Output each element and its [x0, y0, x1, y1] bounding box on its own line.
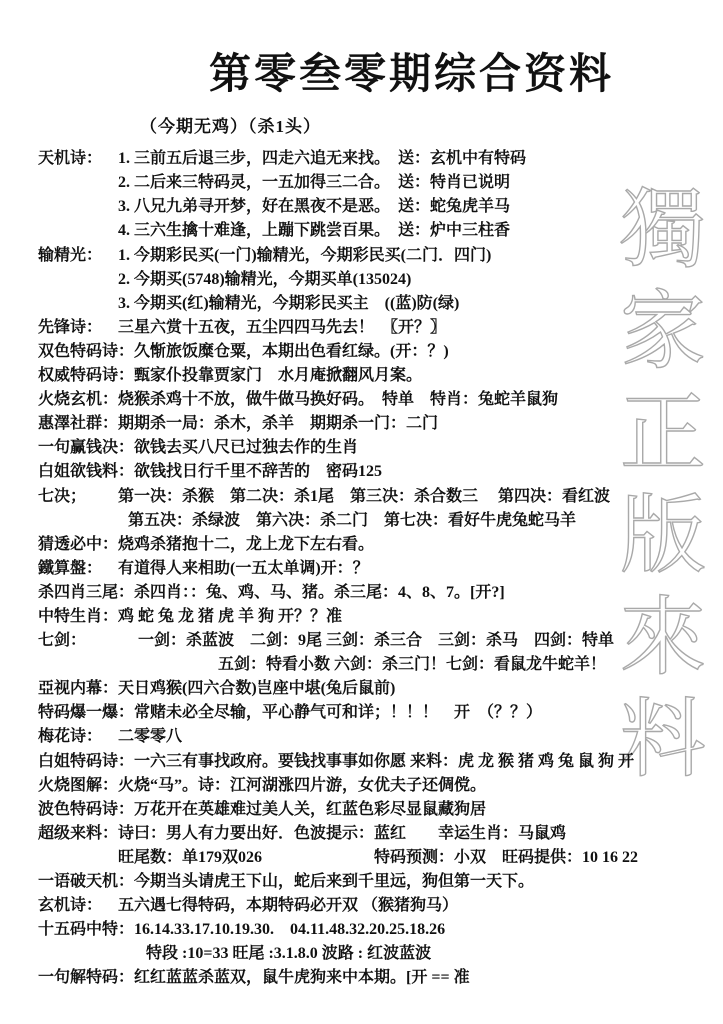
row-text: 三星六赏十五夜，五尘四四马先去！ 〖开？〗	[118, 316, 446, 340]
row-label: 权威特码诗：	[38, 364, 134, 388]
row-label: 玄机诗：	[38, 894, 118, 918]
row-text: 3. 八兄九弟寻开梦，好在黑夜不是恶。 送：蛇兔虎羊马	[118, 195, 510, 219]
row-label: 亞视内幕：	[38, 677, 118, 701]
row-text: 五六遇七得特码，本期特码必开双 （猴猪狗马）	[118, 894, 458, 918]
row-text: 1. 今期彩民买(一门)输精光，今期彩民买(二门．四门)	[118, 244, 491, 268]
row-line: 白姐欲钱料：欲钱找日行千里不辞苦的 密码125	[38, 460, 723, 484]
document-page: 獨家正版來料 第零叁零期综合资料 （今期无鸡）（杀1头） 天机诗：1. 三前五后…	[0, 0, 723, 1024]
row-line: 权威特码诗：甄家仆投靠贾家门 水月庵掀翻风月案。	[38, 364, 723, 388]
row-label: 白姐欲钱料：	[38, 460, 134, 484]
row-label: 白姐特码诗：	[38, 750, 134, 774]
row-text: 2. 今期买(5748)输精光，今期买单(135024)	[118, 268, 411, 292]
row-label: 先锋诗：	[38, 316, 118, 340]
row-text: 常赌未必全尽输，平心静气可和详；！！！ 开 （？？）	[134, 701, 542, 725]
row-line: 超级来料：诗曰：男人有力要出好．色波提示：蓝红 幸运生肖：马鼠鸡	[38, 822, 723, 846]
row-line: 梅花诗：二零零八	[38, 725, 723, 749]
row-text: 二零零八	[118, 725, 182, 749]
row-line: 第五决：杀绿波 第六决：杀二门 第七决：看好牛虎兔蛇马羊	[38, 509, 723, 533]
row-text: 欲钱去买八尺已过独去作的生肖	[134, 436, 358, 460]
row-line: 七决；第一决：杀猴 第二决：杀1尾 第三决：杀合数三 第四决：看红波	[38, 485, 723, 509]
row-label: 波色特码诗：	[38, 798, 134, 822]
row-line: 中特生肖：鸡 蛇 兔 龙 猪 虎 羊 狗 开？？准	[38, 605, 723, 629]
row-line: 猜透必中：烧鸡杀猪抱十二，龙上龙下左右看。	[38, 533, 723, 557]
row-text: 期期杀一局：杀木，杀羊 期期杀一门：二门	[118, 412, 438, 436]
row-text: 天日鸡猴(四六合数)岂座中堪(兔后鼠前)	[118, 677, 395, 701]
row-text: 红红蓝蓝杀蓝双，鼠牛虎狗来中本期。[开 == 准	[134, 966, 470, 990]
row-text: 火烧“马”。诗：江河湖涨四片游，女优夫子还倜傥。	[118, 774, 486, 798]
row-text: 万花开在英雄难过美人关，红蓝色彩尽显鼠藏狗居	[134, 798, 486, 822]
row-label: 火烧图解：	[38, 774, 118, 798]
row-line: 亞视内幕：天日鸡猴(四六合数)岂座中堪(兔后鼠前)	[38, 677, 723, 701]
row-label: 特码爆一爆：	[38, 701, 134, 725]
row-line: 白姐特码诗：一六三有事找政府。要钱找事事如你愿 来料：虎 龙 猴 猪 鸡 兔 鼠…	[38, 750, 723, 774]
row-line: 特段 :10=33 旺尾 :3.1.8.0 波路 : 红波蓝波	[38, 942, 723, 966]
content-rows: 天机诗：1. 三前五后退三步，四走六追无来找。 送：玄机中有特码2. 二后来三特…	[0, 147, 723, 990]
row-line: 十五码中特：16.14.33.17.10.19.30. 04.11.48.32.…	[38, 918, 723, 942]
row-line: 鐵算盤：有道得人来相助(一五太单调)开：？	[38, 557, 723, 581]
row-label: 十五码中特：	[38, 918, 134, 942]
row-text: 甄家仆投靠贾家门 水月庵掀翻风月案。	[134, 364, 422, 388]
row-line: 一句解特码：红红蓝蓝杀蓝双，鼠牛虎狗来中本期。[开 == 准	[38, 966, 723, 990]
row-text: 五剑：特看小数 六剑：杀三门！七剑：看鼠龙牛蛇羊！	[218, 653, 606, 677]
row-line: 七剑：一剑：杀蓝波 二剑：9尾 三剑：杀三合 三剑：杀马 四剑：特单	[38, 629, 723, 653]
row-text: 3. 今期买(红)输精光，今期彩民买主 ((蓝)防(绿)	[118, 292, 459, 316]
row-label: 一句解特码：	[38, 966, 134, 990]
row-text: 一六三有事找政府。要钱找事事如你愿 来料：虎 龙 猴 猪 鸡 兔 鼠 狗 开	[134, 750, 634, 774]
page-title: 第零叁零期综合资料	[100, 0, 723, 98]
row-label: 七决；	[38, 485, 118, 509]
row-label: 一句赢钱决：	[38, 436, 134, 460]
page-subtitle: （今期无鸡）（杀1头）	[140, 112, 723, 137]
row-label: 猜透必中：	[38, 533, 118, 557]
row-label: 输精光：	[38, 244, 118, 268]
row-text: 烧鸡杀猪抱十二，龙上龙下左右看。	[118, 533, 374, 557]
row-line: 4. 三六生擒十难逢，上蹦下跳尝百果。 送：炉中三柱香	[38, 219, 723, 243]
row-line: 2. 二后来三特码灵，一五加得三二合。 送：特肖已说明	[38, 171, 723, 195]
row-label: 火烧玄机：	[38, 388, 118, 412]
row-text: 旺尾数：单179双026 特码预测：小双 旺码提供：10 16 22	[118, 846, 638, 870]
row-label: 中特生肖：	[38, 605, 118, 629]
row-line: 火烧图解：火烧“马”。诗：江河湖涨四片游，女优夫子还倜傥。	[38, 774, 723, 798]
row-line: 五剑：特看小数 六剑：杀三门！七剑：看鼠龙牛蛇羊！	[38, 653, 723, 677]
row-label: 天机诗：	[38, 147, 118, 171]
row-label: 七剑：	[38, 629, 118, 653]
row-label: 杀四肖三尾：	[38, 581, 134, 605]
row-text: 16.14.33.17.10.19.30. 04.11.48.32.20.25.…	[134, 918, 445, 942]
row-text: 杀四肖：：兔、鸡、马、猪。杀三尾：4、8、7。[开?]	[134, 581, 505, 605]
row-line: 特码爆一爆：常赌未必全尽输，平心静气可和详；！！！ 开 （？？）	[38, 701, 723, 725]
row-label: 超级来料：	[38, 822, 118, 846]
row-line: 天机诗：1. 三前五后退三步，四走六追无来找。 送：玄机中有特码	[38, 147, 723, 171]
row-line: 双色特码诗：久惭旅饭糜仓粟，本期出色看红绿。(开：？)	[38, 340, 723, 364]
row-text: 欲钱找日行千里不辞苦的 密码125	[134, 460, 382, 484]
row-text: 2. 二后来三特码灵，一五加得三二合。 送：特肖已说明	[118, 171, 510, 195]
row-text: 烧猴杀鸡十不放，做牛做马换好码。 特单 特肖：兔蛇羊鼠狗	[118, 388, 558, 412]
row-text: 久惭旅饭糜仓粟，本期出色看红绿。(开：？)	[134, 340, 449, 364]
row-text: 4. 三六生擒十难逢，上蹦下跳尝百果。 送：炉中三柱香	[118, 219, 510, 243]
row-line: 一语破天机：今期当头请虎王下山，蛇后来到千里远，狗但第一天下。	[38, 870, 723, 894]
row-text: 有道得人来相助(一五太单调)开：？	[118, 557, 369, 581]
row-label: 双色特码诗：	[38, 340, 134, 364]
row-text: 特段 :10=33 旺尾 :3.1.8.0 波路 : 红波蓝波	[146, 942, 431, 966]
row-text: 第五决：杀绿波 第六决：杀二门 第七决：看好牛虎兔蛇马羊	[128, 509, 576, 533]
row-label: 鐵算盤：	[38, 557, 118, 581]
row-label: 惠澤社群：	[38, 412, 118, 436]
row-line: 火烧玄机：烧猴杀鸡十不放，做牛做马换好码。 特单 特肖：兔蛇羊鼠狗	[38, 388, 723, 412]
row-text: 1. 三前五后退三步，四走六追无来找。 送：玄机中有特码	[118, 147, 526, 171]
row-text: 第一决：杀猴 第二决：杀1尾 第三决：杀合数三 第四决：看红波	[118, 485, 610, 509]
row-label: 梅花诗：	[38, 725, 118, 749]
row-line: 3. 八兄九弟寻开梦，好在黑夜不是恶。 送：蛇兔虎羊马	[38, 195, 723, 219]
row-line: 输精光：1. 今期彩民买(一门)输精光，今期彩民买(二门．四门)	[38, 244, 723, 268]
row-line: 旺尾数：单179双026 特码预测：小双 旺码提供：10 16 22	[38, 846, 723, 870]
row-line: 3. 今期买(红)输精光，今期彩民买主 ((蓝)防(绿)	[38, 292, 723, 316]
row-text: 一剑：杀蓝波 二剑：9尾 三剑：杀三合 三剑：杀马 四剑：特单	[138, 629, 614, 653]
row-line: 杀四肖三尾：杀四肖：：兔、鸡、马、猪。杀三尾：4、8、7。[开?]	[38, 581, 723, 605]
row-text: 今期当头请虎王下山，蛇后来到千里远，狗但第一天下。	[134, 870, 534, 894]
row-line: 惠澤社群：期期杀一局：杀木，杀羊 期期杀一门：二门	[38, 412, 723, 436]
row-text: 鸡 蛇 兔 龙 猪 虎 羊 狗 开？？准	[118, 605, 342, 629]
row-line: 2. 今期买(5748)输精光，今期买单(135024)	[38, 268, 723, 292]
row-line: 一句赢钱决：欲钱去买八尺已过独去作的生肖	[38, 436, 723, 460]
row-label: 一语破天机：	[38, 870, 134, 894]
row-line: 玄机诗：五六遇七得特码，本期特码必开双 （猴猪狗马）	[38, 894, 723, 918]
row-text: 诗曰：男人有力要出好．色波提示：蓝红 幸运生肖：马鼠鸡	[118, 822, 566, 846]
row-line: 先锋诗：三星六赏十五夜，五尘四四马先去！ 〖开？〗	[38, 316, 723, 340]
row-line: 波色特码诗：万花开在英雄难过美人关，红蓝色彩尽显鼠藏狗居	[38, 798, 723, 822]
